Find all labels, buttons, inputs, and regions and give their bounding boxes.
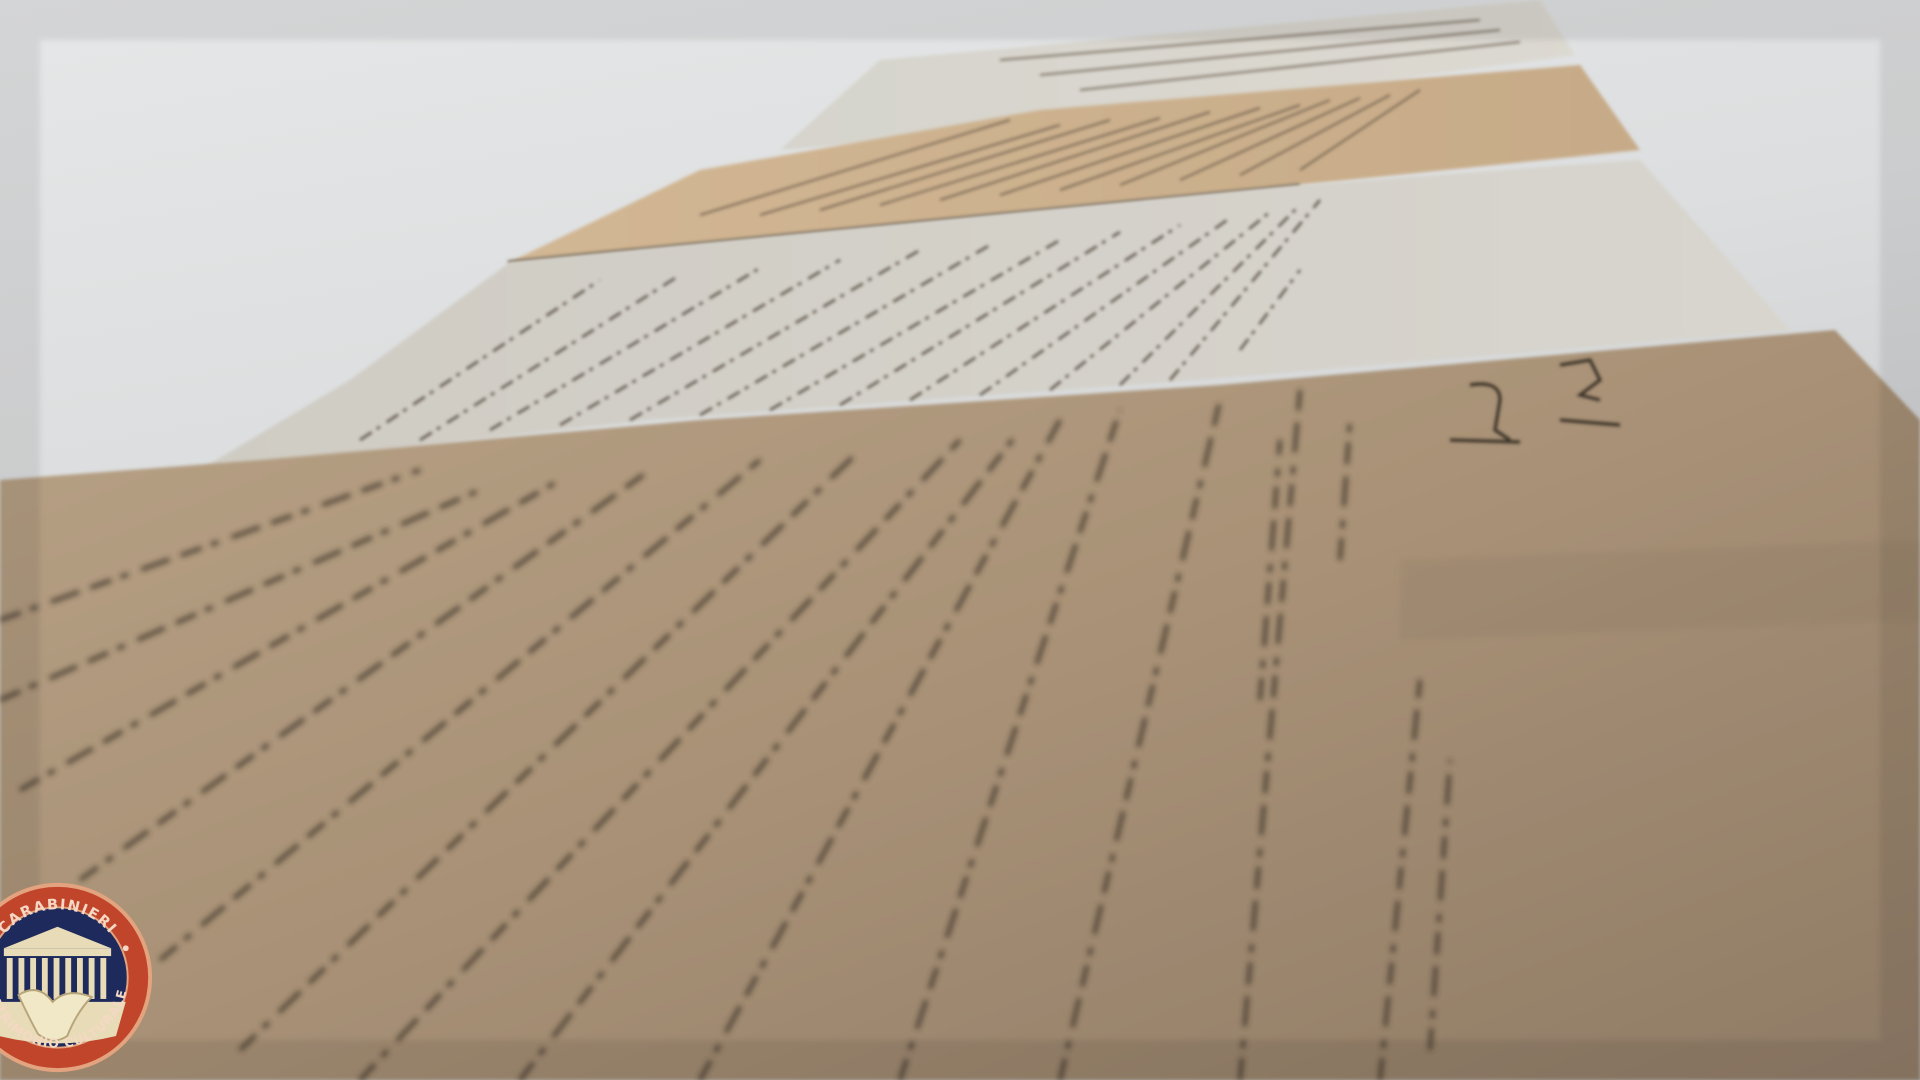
photo-scene: CARABINIERI PATRIMONIO CULTURALE bbox=[0, 0, 1920, 1080]
letters-photo bbox=[0, 0, 1920, 1080]
carabinieri-seal-logo: CARABINIERI PATRIMONIO CULTURALE bbox=[0, 880, 155, 1075]
